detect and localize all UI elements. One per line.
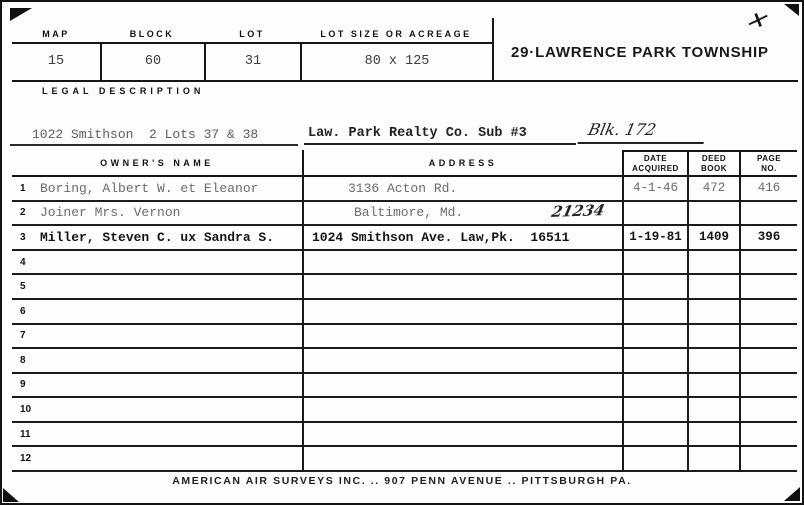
row-number: 3 [12, 232, 34, 243]
row-number: 6 [12, 306, 34, 317]
corner-mark-top-right-icon [784, 4, 799, 16]
property-record-card: ✕ MAP BLOCK LOT LOT SIZE OR ACREAGE 15 6… [0, 0, 804, 505]
owner-name: Miller, Steven C. ux Sandra S. [40, 230, 274, 245]
township-title: 29·LAWRENCE PARK TOWNSHIP [511, 44, 769, 61]
parcel-id-headers: MAP BLOCK LOT LOT SIZE OR ACREAGE [12, 18, 492, 44]
table-row: 11 [12, 423, 797, 448]
lot-size-header: LOT SIZE OR ACREAGE [300, 29, 492, 42]
address-header: ADDRESS [302, 150, 622, 175]
table-row: 4 [12, 251, 797, 276]
lot-size-value: 80 x 125 [300, 44, 492, 80]
owner-name: Boring, Albert W. et Eleanor [40, 181, 258, 196]
address-text: Baltimore, Md. [354, 205, 463, 220]
row-number: 5 [12, 281, 34, 292]
date-acquired-header: DATE ACQUIRED [622, 150, 687, 175]
parcel-id-values: 15 60 31 80 x 125 [12, 44, 492, 80]
surveyor-footer: AMERICAN AIR SURVEYS INC. .. 907 PENN AV… [2, 475, 802, 487]
map-value: 15 [12, 44, 100, 80]
date-acquired: 4-1-46 [622, 177, 687, 200]
lot-header: LOT [204, 29, 300, 42]
owner-address: 1024 Smithson Ave. Law,Pk. 16511 [302, 226, 622, 249]
page-no [739, 202, 797, 225]
table-row: 3Miller, Steven C. ux Sandra S. 1024 Smi… [12, 226, 797, 251]
table-row: 12 [12, 447, 797, 472]
table-row: 2Joiner Mrs. Vernon Baltimore, Md.21234 [12, 202, 797, 227]
township-title-block: 29·LAWRENCE PARK TOWNSHIP [492, 18, 796, 80]
block-header: BLOCK [100, 29, 204, 42]
corner-mark-bottom-left-icon [3, 488, 19, 502]
legal-description-label: LEGAL DESCRIPTION [42, 86, 204, 96]
owners-table: OWNER'S NAME ADDRESS DATE ACQUIRED DEED … [12, 150, 797, 472]
row-number: 7 [12, 330, 34, 341]
table-row: 7 [12, 325, 797, 350]
lot-value: 31 [204, 44, 300, 80]
owner-address: 3136 Acton Rd. [302, 177, 622, 200]
owners-table-body: 1Boring, Albert W. et Eleanor 3136 Acton… [12, 177, 797, 472]
table-row: 10 [12, 398, 797, 423]
table-row: 6 [12, 300, 797, 325]
handwritten-block-note: Blk. 172 [577, 120, 708, 144]
row-number: 11 [12, 429, 34, 440]
top-divider [12, 80, 798, 82]
owner-address: Baltimore, Md.21234 [302, 202, 622, 225]
deed-book [687, 202, 739, 225]
table-row: 5 [12, 275, 797, 300]
owners-name-header: OWNER'S NAME [12, 150, 302, 175]
block-value: 60 [100, 44, 204, 80]
page-no: 416 [739, 177, 797, 200]
owner-name: Joiner Mrs. Vernon [40, 205, 180, 220]
row-number: 2 [12, 207, 34, 218]
owners-table-header: OWNER'S NAME ADDRESS DATE ACQUIRED DEED … [12, 150, 797, 177]
deed-book-header: DEED BOOK [687, 150, 739, 175]
date-acquired: 1-19-81 [622, 226, 687, 249]
legal-subdivision-text: Law. Park Realty Co. Sub #3 [304, 126, 576, 145]
handwritten-zip-note: 21234 [550, 202, 606, 221]
row-number: 4 [12, 257, 34, 268]
legal-street-text: 1022 Smithson 2 Lots 37 & 38 [10, 127, 298, 146]
deed-book: 472 [687, 177, 739, 200]
row-number: 9 [12, 379, 34, 390]
row-number: 12 [12, 453, 34, 464]
map-header: MAP [12, 29, 100, 42]
page-no: 396 [739, 226, 797, 249]
row-number: 1 [12, 183, 34, 194]
deed-book: 1409 [687, 226, 739, 249]
parcel-id-grid: MAP BLOCK LOT LOT SIZE OR ACREAGE 15 60 … [12, 18, 492, 80]
page-no-header: PAGE NO. [739, 150, 797, 175]
legal-description-line: 1022 Smithson 2 Lots 37 & 38 Law. Park R… [2, 122, 804, 148]
table-row: 9 [12, 374, 797, 399]
corner-mark-bottom-right-icon [784, 487, 800, 501]
table-row: 1Boring, Albert W. et Eleanor 3136 Acton… [12, 177, 797, 202]
table-row: 8 [12, 349, 797, 374]
row-number: 8 [12, 355, 34, 366]
date-acquired [622, 202, 687, 225]
row-number: 10 [12, 404, 34, 415]
